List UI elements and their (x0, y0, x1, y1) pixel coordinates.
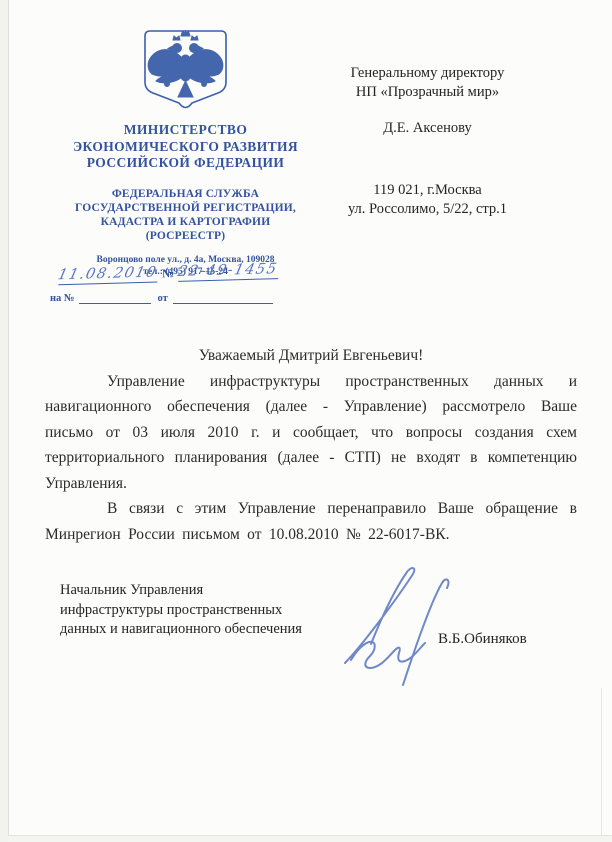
body-paragraph-2: В связи с этим Управление перенаправило … (45, 496, 577, 547)
recipient-block: Генеральному директору НП «Прозрачный ми… (305, 64, 550, 219)
recipient-title: Генеральному директору (305, 64, 550, 83)
ministry-line: РОССИЙСКОЙ ФЕДЕРАЦИИ (28, 155, 343, 172)
recipient-org: НП «Прозрачный мир» (305, 83, 550, 102)
outgoing-date-handwritten: 11.08.2010 (56, 264, 159, 283)
ministry-line: ЭКОНОМИЧЕСКОГО РАЗВИТИЯ (28, 139, 343, 156)
signer-name: В.Б.Обиняков (438, 630, 527, 650)
salutation: Уважаемый Дмитрий Евгеньевич! (45, 343, 577, 369)
incoming-number-blank (79, 291, 151, 304)
outgoing-number-handwritten: 22-49-1455 (176, 261, 279, 280)
scanned-letter-page: { "letterhead": { "emblem_icon": "russia… (0, 0, 612, 842)
service-line: (РОСРЕЕСТР) (28, 229, 343, 243)
outgoing-ref-line: 11.08.2010 № 22-49-1455 (30, 259, 320, 286)
outgoing-date-field: 11.08.2010 (58, 264, 157, 286)
service-line: ФЕДЕРАЛЬНАЯ СЛУЖБА (28, 187, 343, 201)
ot-label: от (157, 293, 167, 304)
signature-block: Начальник Управления инфраструктуры прос… (60, 581, 580, 640)
recipient-name: Д.Е. Аксенову (305, 119, 550, 138)
letterhead: МИНИСТЕРСТВО ЭКОНОМИЧЕСКОГО РАЗВИТИЯ РОС… (28, 28, 343, 278)
number-sign: № (162, 266, 175, 282)
recipient-address-line: 119 021, г.Москва (305, 181, 550, 200)
scan-edge-right (601, 688, 602, 836)
signer-title-line: инфраструктуры пространственных (60, 601, 580, 621)
coat-of-arms-icon (138, 28, 233, 116)
service-line: ГОСУДАРСТВЕННОЙ РЕГИСТРАЦИИ, (28, 201, 343, 215)
na-label: на № (50, 293, 74, 304)
reference-block: 11.08.2010 № 22-49-1455 на № от (30, 263, 320, 304)
letter-body: Уважаемый Дмитрий Евгеньевич! Управление… (45, 343, 577, 547)
body-paragraph-1: Управление инфраструктуры пространственн… (45, 369, 577, 497)
scan-edge-left (0, 0, 9, 842)
scan-edge-bottom (8, 835, 612, 842)
incoming-ref-line: на № от (50, 291, 320, 304)
recipient-address-line: ул. Россолимо, 5/22, стр.1 (305, 200, 550, 219)
signer-title-line: Начальник Управления (60, 581, 580, 601)
service-line: КАДАСТРА И КАРТОГРАФИИ (28, 215, 343, 229)
signature-icon (343, 562, 461, 687)
outgoing-number-field: 22-49-1455 (178, 260, 278, 282)
incoming-date-blank (173, 291, 273, 304)
federal-service-name: ФЕДЕРАЛЬНАЯ СЛУЖБА ГОСУДАРСТВЕННОЙ РЕГИС… (28, 187, 343, 243)
ministry-name: МИНИСТЕРСТВО ЭКОНОМИЧЕСКОГО РАЗВИТИЯ РОС… (28, 122, 343, 172)
ministry-line: МИНИСТЕРСТВО (28, 122, 343, 139)
